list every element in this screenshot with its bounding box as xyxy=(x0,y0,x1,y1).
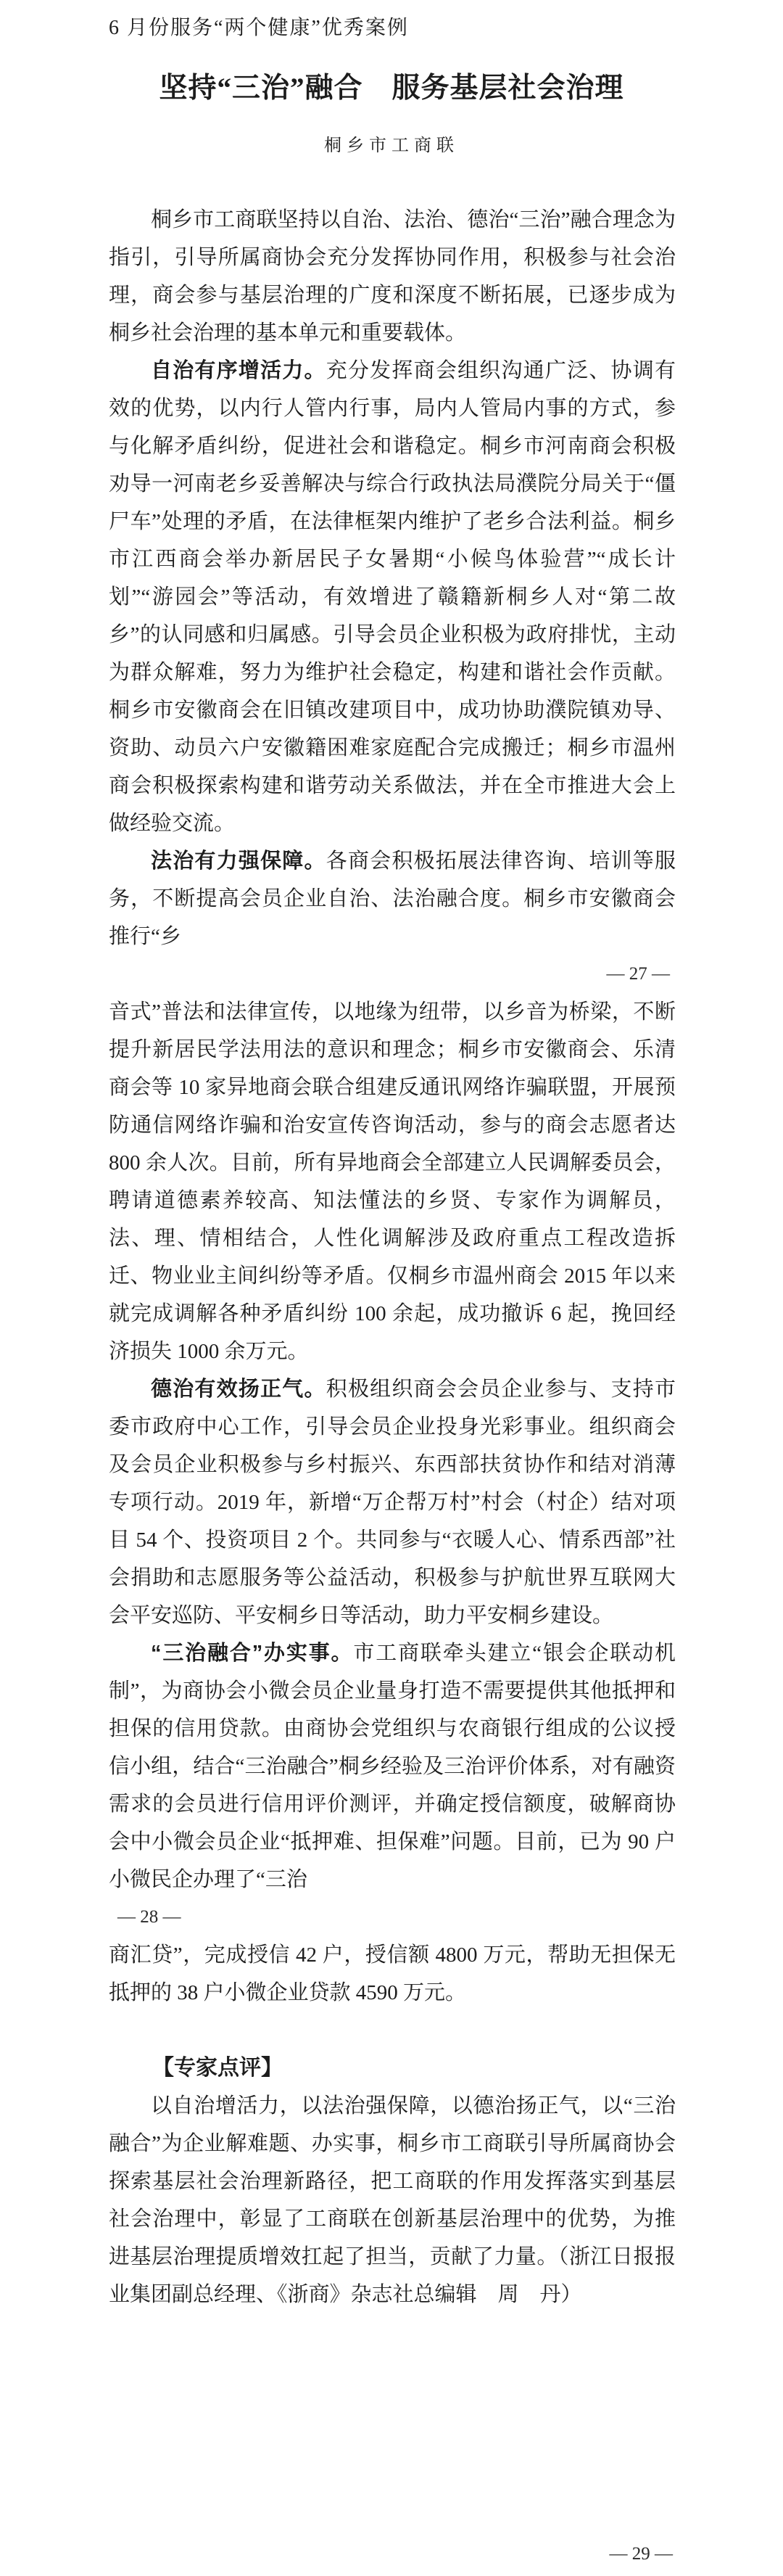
paragraph-autonomy: 自治有序增活力。充分发挥商会组织沟通广泛、协调有效的优势，以内行人管内行事，局内… xyxy=(109,352,676,842)
paragraph-rule-of-law-part2: 音式”普法和法律宣传，以地缘为纽带，以乡音为桥梁，不断提升新居民学法用法的意识和… xyxy=(109,993,676,1370)
paragraph-virtue: 德治有效扬正气。积极组织商会会员企业参与、支持市委市政府中心工作，引导会员企业投… xyxy=(109,1370,676,1634)
article-author: 桐乡市工商联 xyxy=(0,131,783,156)
bold-lead-virtue: 德治有效扬正气。 xyxy=(151,1378,326,1401)
paragraph-virtue-text: 积极组织商会会员企业参与、支持市委市政府中心工作，引导会员企业投身光彩事业。组织… xyxy=(109,1378,676,1627)
bold-lead-fusion: “三治融合”办实事。 xyxy=(151,1642,353,1665)
page-number-29: — 29 — xyxy=(610,2543,674,2565)
paragraph-autonomy-text: 充分发挥商会组织沟通广泛、协调有效的优势，以内行人管内行事，局内人管局内事的方式… xyxy=(109,359,676,835)
article-body: 桐乡市工商联坚持以自治、法治、德治“三治”融合理念为指引，引导所属商协会充分发挥… xyxy=(109,201,676,2313)
bold-lead-rule-of-law: 法治有力强保障。 xyxy=(151,849,326,873)
expert-comment-text: 以自治增活力，以法治强保障，以德治扬正气，以“三治融合”为企业解难题、办实事，桐… xyxy=(109,2087,676,2313)
paragraph-intro: 桐乡市工商联坚持以自治、法治、德治“三治”融合理念为指引，引导所属商协会充分发挥… xyxy=(109,201,676,352)
expert-comment-heading: 【专家点评】 xyxy=(109,2049,676,2087)
document-page: 6 月份服务“两个健康”优秀案例 坚持“三治”融合 服务基层社会治理 桐乡市工商… xyxy=(0,0,783,2576)
page-number-28: — 28 — xyxy=(109,1898,676,1936)
paragraph-rule-of-law-part1: 法治有力强保障。各商会积极拓展法律咨询、培训等服务，不断提高会员企业自治、法治融… xyxy=(109,842,676,955)
bold-lead-autonomy: 自治有序增活力。 xyxy=(151,359,326,382)
paragraph-fusion-text-before-break: 市工商联牵头建立“银会企联动机制”，为商协会小微会员企业量身打造不需要提供其他抵… xyxy=(109,1642,676,1891)
paragraph-fusion-part2: 商汇贷”，完成授信 42 户，授信额 4800 万元，帮助无担保无抵押的 38 … xyxy=(109,1936,676,2012)
paragraph-fusion-part1: “三治融合”办实事。市工商联牵头建立“银会企联动机制”，为商协会小微会员企业量身… xyxy=(109,1634,676,1898)
page-number-27: — 27 — xyxy=(109,955,676,993)
article-title: 坚持“三治”融合 服务基层社会治理 xyxy=(0,65,783,106)
document-header-label: 6 月份服务“两个健康”优秀案例 xyxy=(109,12,409,41)
